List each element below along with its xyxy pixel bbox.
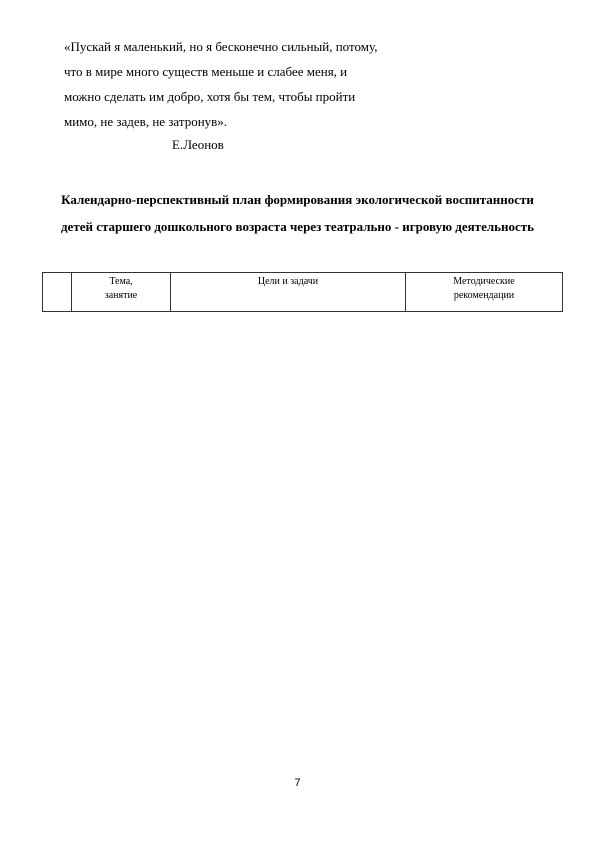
epigraph-line: можно сделать им добро, хотя бы тем, что… <box>64 89 355 105</box>
epigraph-line: что в мире много существ меньше и слабее… <box>64 64 347 80</box>
plan-title-line-1: Календарно-перспективный план формирован… <box>0 192 595 208</box>
header-cell-methods: Методические рекомендации <box>406 273 563 312</box>
header-methods-line: рекомендации <box>408 289 560 303</box>
epigraph-line: мимо, не задев, не затронув». <box>64 114 227 130</box>
header-topic-line: Тема, <box>74 275 168 289</box>
page-number: 7 <box>0 777 595 789</box>
header-methods-line: Методические <box>408 275 560 289</box>
plan-title-line-2: детей старшего дошкольного возраста чере… <box>0 219 595 235</box>
epigraph-author: Е.Леонов <box>172 137 224 153</box>
header-cell-goals: Цели и задачи <box>171 273 406 312</box>
header-cell-number <box>43 273 72 312</box>
header-cell-topic: Тема, занятие <box>72 273 171 312</box>
epigraph-line: «Пускай я маленький, но я бесконечно сил… <box>64 39 377 55</box>
header-topic-line: занятие <box>74 289 168 303</box>
header-goals-line: Цели и задачи <box>173 275 403 289</box>
plan-table: Тема, занятие Цели и задачи Методические… <box>42 272 563 312</box>
table-header-row: Тема, занятие Цели и задачи Методические… <box>43 273 563 312</box>
